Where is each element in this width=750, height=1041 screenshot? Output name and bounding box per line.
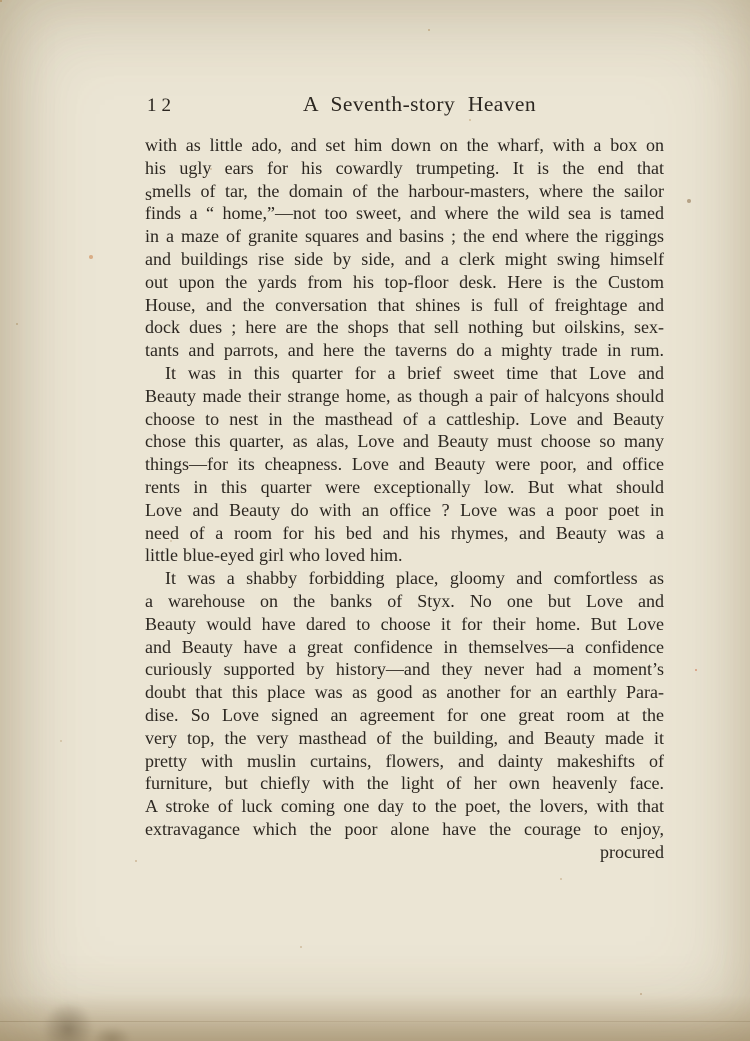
text-line: finds a “ home,”—not too sweet, and wher…	[145, 202, 664, 225]
page-body: with as little ado, and set him down on …	[145, 134, 664, 841]
text-line: extravagance which the poor alone have t…	[145, 818, 664, 841]
text-line: smells of tar, the domain of the harbour…	[145, 180, 664, 203]
text-line: need of a room for his bed and his rhyme…	[145, 522, 664, 545]
page-number: 12	[147, 95, 176, 117]
text-line: chose this quarter, as alas, Love and Be…	[145, 430, 664, 453]
text-line: doubt that this place was as good as ano…	[145, 681, 664, 704]
page-header: 12 A Seventh-story Heaven	[145, 92, 664, 119]
book-page: 12 A Seventh-story Heaven with as little…	[0, 0, 750, 1041]
text-line: House, and the conversation that shines …	[145, 294, 664, 317]
text-line: curiously supported by history—and they …	[145, 658, 664, 681]
text-line: with as little ado, and set him down on …	[145, 134, 664, 157]
text-line: pretty with muslin curtains, flowers, an…	[145, 750, 664, 773]
dropped-letter: s	[145, 184, 152, 204]
text-line: things—for its cheapness. Love and Beaut…	[145, 453, 664, 476]
text-line: Beauty would have dared to choose it for…	[145, 613, 664, 636]
text-line: tants and parrots, and here the taverns …	[145, 339, 664, 362]
text-line: furniture, but chiefly with the light of…	[145, 772, 664, 795]
text-column: 12 A Seventh-story Heaven with as little…	[145, 92, 664, 864]
text-line: dise. So Love signed an agreement for on…	[145, 704, 664, 727]
text-line: and buildings rise side by side, and a c…	[145, 248, 664, 271]
text-line: rents in this quarter were exceptionally…	[145, 476, 664, 499]
text-line: little blue-eyed girl who loved him.	[145, 544, 664, 567]
text-line: out upon the yards from his top-floor de…	[145, 271, 664, 294]
foxing-speckles	[0, 0, 2, 2]
text-line: his ugly ears for his cowardly trumpetin…	[145, 157, 664, 180]
text-line: and Beauty have a great confidence in th…	[145, 636, 664, 659]
text-line: in a maze of granite squares and basins …	[145, 225, 664, 248]
running-title: A Seventh-story Heaven	[145, 92, 664, 117]
catchword: procured	[145, 841, 664, 864]
text-line: A stroke of luck coming one day to the p…	[145, 795, 664, 818]
text-line: dock dues ; here are the shops that sell…	[145, 316, 664, 339]
text-line: It was a shabby forbidding place, gloomy…	[145, 567, 664, 590]
text-line: It was in this quarter for a brief sweet…	[145, 362, 664, 385]
page-bottom-edge	[0, 995, 750, 1041]
text-line: very top, the very masthead of the build…	[145, 727, 664, 750]
text-line: a warehouse on the banks of Styx. No one…	[145, 590, 664, 613]
text-line: Love and Beauty do with an office ? Love…	[145, 499, 664, 522]
text-line: choose to nest in the masthead of a catt…	[145, 408, 664, 431]
text-line: Beauty made their strange home, as thoug…	[145, 385, 664, 408]
